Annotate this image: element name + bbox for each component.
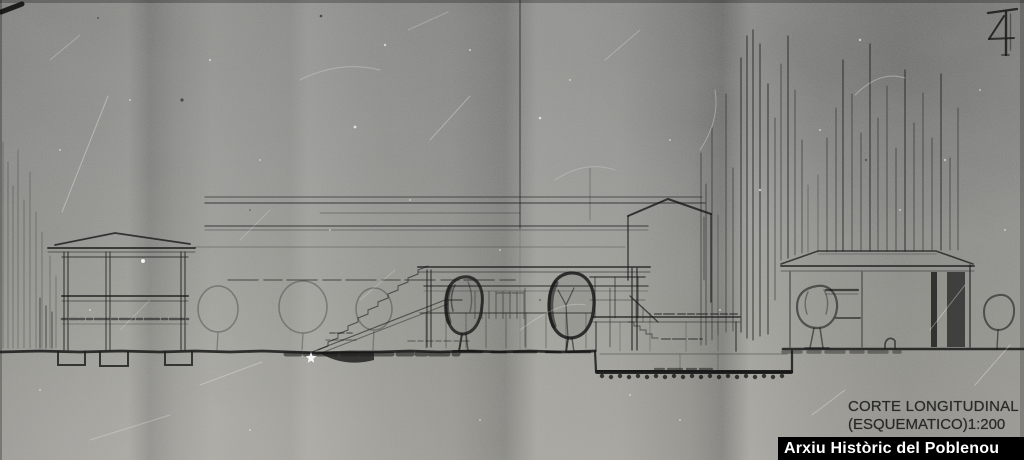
title-block: CORTE LONGITUDINAL (ESQUEMATICO) 1:200 [848, 398, 994, 433]
drawing-scale: 1:200 [968, 416, 1006, 433]
watermark-text: Arxiu Històric del Poblenou [784, 440, 999, 457]
section-drawing [0, 0, 1024, 460]
drawing-subtitle: (ESQUEMATICO) [848, 416, 968, 433]
watermark-bar: Arxiu Històric del Poblenou [778, 437, 1024, 460]
drawing-title: CORTE LONGITUDINAL [848, 398, 994, 415]
archival-photo-of-section-drawing: CORTE LONGITUDINAL (ESQUEMATICO) 1:200 4… [0, 0, 1024, 460]
